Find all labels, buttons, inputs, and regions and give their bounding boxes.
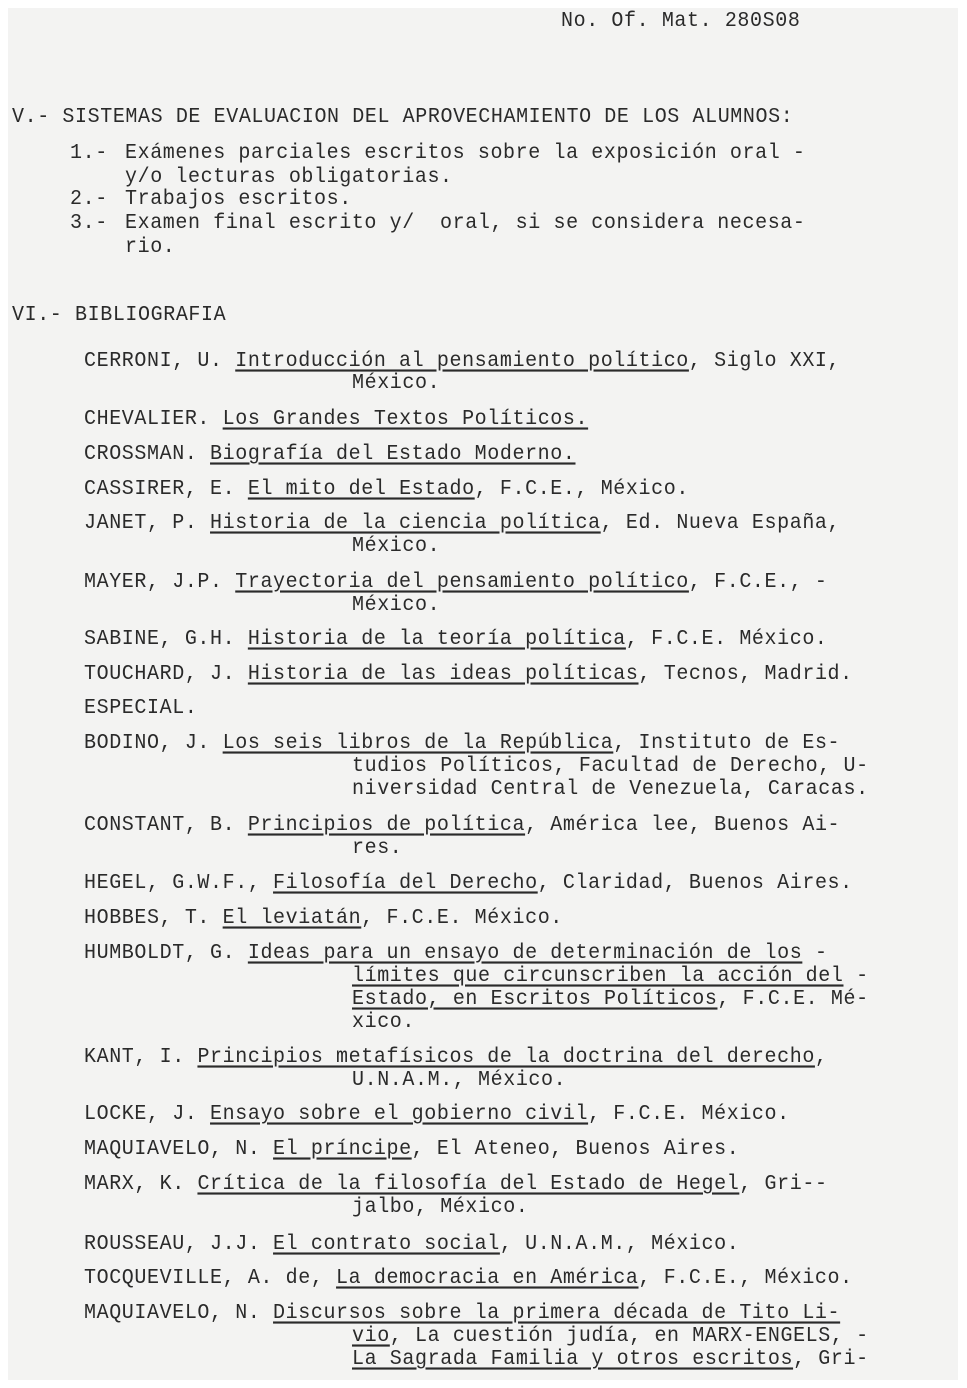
bib-entry-rousseau: ROUSSEAU, J.J. El contrato social, U.N.A… — [84, 1233, 739, 1257]
section-vi-heading: VI.- BIBLIOGRAFIA — [12, 304, 226, 328]
bib-author: JANET, P. — [84, 511, 197, 536]
eval-item-3-line-2: rio. — [125, 236, 175, 260]
bib-author: TOUCHARD, J. — [84, 662, 235, 687]
eval-item-2-number: 2.- — [70, 188, 108, 212]
bib-author: TOCQUEVILLE, A. de, — [84, 1266, 323, 1291]
bib-entry-janet: JANET, P. Historia de la ciencia polític… — [84, 512, 840, 536]
bib-publisher: , Gri- — [793, 1347, 869, 1372]
bib-author: LOCKE, J. — [84, 1102, 197, 1127]
document-page: No. Of. Mat. 280S08 V.- SISTEMAS DE EVAL… — [8, 8, 958, 1380]
bib-title: Historia de la ciencia política — [210, 511, 601, 536]
bib-author: MAQUIAVELO, N. — [84, 1137, 260, 1162]
bib-author: CROSSMAN. — [84, 442, 197, 467]
bib-publisher: , — [815, 1045, 828, 1070]
bib-hyphen: - — [843, 964, 868, 989]
bib-publisher: - — [802, 941, 827, 966]
bib-title: Principios metafísicos de la doctrina de… — [197, 1045, 815, 1070]
bib-entry-maquiavelo-2: MAQUIAVELO, N. Discursos sobre la primer… — [84, 1302, 840, 1326]
bib-entry-crossman: CROSSMAN. Biografía del Estado Moderno. — [84, 443, 576, 467]
bib-author: CONSTANT, B. — [84, 813, 235, 838]
bib-author: MAYER, J.P. — [84, 570, 223, 595]
bib-title: El mito del Estado — [248, 477, 475, 502]
section-v-heading: V.- SISTEMAS DE EVALUACION DEL APROVECHA… — [12, 106, 793, 130]
bib-entry-maquiavelo-2-cont-2: La Sagrada Familia y otros escritos, Gri… — [352, 1348, 869, 1372]
bib-entry-kant: KANT, I. Principios metafísicos de la do… — [84, 1046, 828, 1070]
bib-author: CASSIRER, E. — [84, 477, 235, 502]
bib-title: Introducción al pensamiento político — [235, 349, 689, 374]
bib-entry-hobbes: HOBBES, T. El leviatán, F.C.E. México. — [84, 907, 563, 931]
bib-entry-humboldt-cont-1: límites que circunscriben la acción del … — [352, 965, 869, 989]
bib-entry-chevalier: CHEVALIER. Los Grandes Textos Políticos. — [84, 408, 588, 432]
bib-publisher: , Siglo XXI, — [689, 349, 840, 374]
bib-entry-sabine: SABINE, G.H. Historia de la teoría polít… — [84, 628, 828, 652]
bib-title: Filosofía del Derecho — [273, 871, 538, 896]
bib-author: HUMBOLDT, G. — [84, 941, 235, 966]
bib-author: HOBBES, T. — [84, 906, 210, 931]
bib-entry-kant-cont: U.N.A.M., México. — [352, 1069, 566, 1093]
bib-title: Crítica de la filosofía del Estado de He… — [197, 1172, 739, 1197]
bib-title: Discursos sobre la primera década de Tit… — [273, 1301, 840, 1326]
bib-publisher: , F.C.E., - — [689, 570, 828, 595]
bib-entry-hegel: HEGEL, G.W.F., Filosofía del Derecho, Cl… — [84, 872, 853, 896]
bib-publisher: , F.C.E. México. — [626, 627, 828, 652]
bib-publisher: , F.C.E. México. — [588, 1102, 790, 1127]
bib-entry-bodino-cont-1: tudios Políticos, Facultad de Derecho, U… — [352, 755, 869, 779]
bib-entry-bodino-cont-2: niversidad Central de Venezuela, Caracas… — [352, 778, 869, 802]
bib-title-cont: límites que circunscriben la acción del — [352, 964, 843, 989]
bib-title: Los Grandes Textos Políticos. — [223, 407, 588, 432]
bib-publisher: , Instituto de Es- — [613, 731, 840, 756]
bib-publisher: , F.C.E., México. — [639, 1266, 853, 1291]
bib-entry-locke: LOCKE, J. Ensayo sobre el gobierno civil… — [84, 1103, 790, 1127]
bib-author: SABINE, G.H. — [84, 627, 235, 652]
bib-author: MARX, K. — [84, 1172, 185, 1197]
eval-item-3-line-1: Examen final escrito y/ oral, si se cons… — [125, 212, 806, 236]
bib-entry-maquiavelo-1: MAQUIAVELO, N. El príncipe, El Ateneo, B… — [84, 1138, 739, 1162]
bib-entry-humboldt-cont-3: xico. — [352, 1011, 415, 1035]
bib-author: KANT, I. — [84, 1045, 185, 1070]
document-reference: No. Of. Mat. 280S08 — [561, 10, 800, 34]
bib-author: CERRONI, U. — [84, 349, 223, 374]
bib-entry-touchard: TOUCHARD, J. Historia de las ideas polít… — [84, 663, 853, 687]
bib-entry-marx-cont: jalbo, México. — [352, 1196, 528, 1220]
bib-entry-mayer-cont: México. — [352, 594, 440, 618]
bib-author: BODINO, J. — [84, 731, 210, 756]
bib-title: Ensayo sobre el gobierno civil — [210, 1102, 588, 1127]
bib-publisher: , La cuestión judía, en MARX-ENGELS, - — [390, 1324, 869, 1349]
bib-publisher: , Tecnos, Madrid. — [639, 662, 853, 687]
eval-item-1-number: 1.- — [70, 142, 108, 166]
bib-author: HEGEL, G.W.F., — [84, 871, 260, 896]
bib-title-cont: vio — [352, 1324, 390, 1349]
bib-title: Ideas para un ensayo de determinación de… — [248, 941, 803, 966]
bib-entry-constant: CONSTANT, B. Principios de política, Amé… — [84, 814, 840, 838]
bib-publisher: , Ed. Nueva España, — [601, 511, 840, 536]
bib-entry-maquiavelo-2-cont-1: vio, La cuestión judía, en MARX-ENGELS, … — [352, 1325, 869, 1349]
bib-entry-humboldt: HUMBOLDT, G. Ideas para un ensayo de det… — [84, 942, 828, 966]
bib-publisher: , El Ateneo, Buenos Aires. — [412, 1137, 740, 1162]
eval-item-3-number: 3.- — [70, 212, 108, 236]
bib-title-cont: La Sagrada Familia y otros escritos — [352, 1347, 793, 1372]
bib-publisher: , Gri-- — [739, 1172, 827, 1197]
bib-entry-cerroni-cont: México. — [352, 372, 440, 396]
bib-entry-tocqueville: TOCQUEVILLE, A. de, La democracia en Amé… — [84, 1267, 853, 1291]
bib-entry-constant-cont: res. — [352, 837, 402, 861]
bib-title: La democracia en América — [336, 1266, 638, 1291]
bib-publisher: , América lee, Buenos Ai- — [525, 813, 840, 838]
bib-title: Historia de la teoría política — [248, 627, 626, 652]
bib-title-cont: Estado, en Escritos Políticos — [352, 987, 717, 1012]
bib-publisher: , F.C.E. México. — [361, 906, 563, 931]
bib-title: El leviatán — [223, 906, 362, 931]
bib-author: ROUSSEAU, J.J. — [84, 1232, 260, 1257]
bib-entry-janet-cont: México. — [352, 535, 440, 559]
bib-publisher: , Claridad, Buenos Aires. — [538, 871, 853, 896]
bib-entry-cerroni: CERRONI, U. Introducción al pensamiento … — [84, 350, 840, 374]
bib-entry-bodino: BODINO, J. Los seis libros de la Repúbli… — [84, 732, 840, 756]
bib-title: Historia de las ideas políticas — [248, 662, 639, 687]
bib-entry-cassirer: CASSIRER, E. El mito del Estado, F.C.E.,… — [84, 478, 689, 502]
bib-title: Principios de política — [248, 813, 525, 838]
bib-publisher: , F.C.E., México. — [475, 477, 689, 502]
bib-title: El príncipe — [273, 1137, 412, 1162]
bib-title: Biografía del Estado Moderno. — [210, 442, 575, 467]
bib-entry-marx: MARX, K. Crítica de la filosofía del Est… — [84, 1173, 828, 1197]
eval-item-1-line-1: Exámenes parciales escritos sobre la exp… — [125, 142, 806, 166]
bib-publisher: , F.C.E. Mé- — [717, 987, 868, 1012]
bib-title: El contrato social — [273, 1232, 500, 1257]
bib-entry-mayer: MAYER, J.P. Trayectoria del pensamiento … — [84, 571, 828, 595]
bib-publisher: , U.N.A.M., México. — [500, 1232, 739, 1257]
bib-title: Trayectoria del pensamiento político — [235, 570, 689, 595]
bib-title: Los seis libros de la República — [223, 731, 614, 756]
bib-entry-humboldt-cont-2: Estado, en Escritos Políticos, F.C.E. Mé… — [352, 988, 869, 1012]
bib-author: MAQUIAVELO, N. — [84, 1301, 260, 1326]
eval-item-2-line-1: Trabajos escritos. — [125, 188, 352, 212]
bib-subheading-especial: ESPECIAL. — [84, 697, 197, 721]
bib-author: CHEVALIER. — [84, 407, 210, 432]
